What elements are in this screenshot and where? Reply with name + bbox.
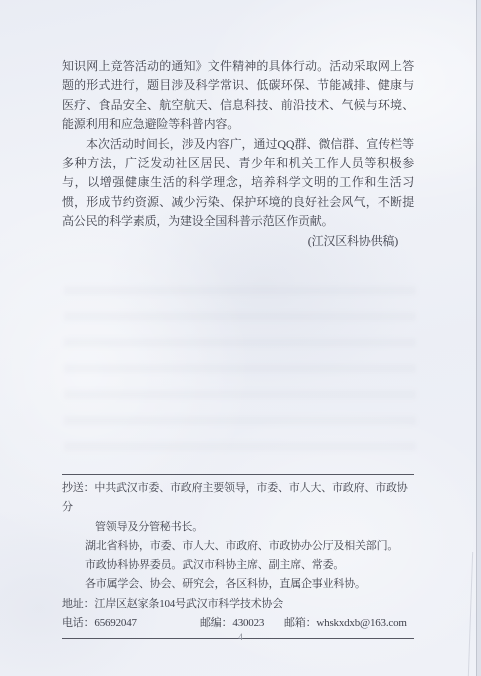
bottom-right-crease <box>468 552 473 676</box>
page-number: 4 <box>0 632 481 642</box>
copy-to-footer: 抄送：中共武汉市委、市政府主要领导，市委、市人大、市政府、市政协分 管领导及分管… <box>62 474 414 639</box>
copy-line: 各市属学会、协会、研究会，各区科协，直属企事业科协。 <box>62 575 414 594</box>
postcode-value: 430023 <box>232 617 264 629</box>
scan-edge-shade <box>477 0 481 676</box>
bleed-through-texture <box>64 286 416 458</box>
email-label: 邮箱： <box>284 617 316 629</box>
email-value: whskxdxb@163.com <box>316 617 406 629</box>
email-cell: 邮箱：whskxdxb@163.com <box>284 614 414 633</box>
postcode-label: 邮编： <box>200 617 232 629</box>
phone-value: 65692047 <box>94 617 136 629</box>
phone-cell: 电话：65692047 <box>62 614 200 633</box>
address-line: 地址：江岸区赵家条104号武汉市科学技术协会 <box>62 595 414 614</box>
contact-line: 电话：65692047 邮编：430023 邮箱：whskxdxb@163.co… <box>62 614 414 633</box>
scan-edge-line <box>476 0 477 676</box>
document-body: 知识网上竞答活动的通知》文件精神的具体行动。活动采取网上答题的形式进行，题目涉及… <box>62 57 414 251</box>
copy-line: 抄送：中共武汉市委、市政府主要领导，市委、市人大、市政府、市政协分 <box>62 479 414 518</box>
body-paragraph-2: 本次活动时间长，涉及内容广，通过QQ群、微信群、宣传栏等多种方法，广泛发动社区居… <box>62 135 414 232</box>
copy-line: 市政协科协界委员。武汉市科协主席、副主席、常委。 <box>62 556 414 575</box>
copy-line: 管领导及分管秘书长。 <box>62 518 414 537</box>
address-label: 地址： <box>62 598 94 610</box>
attribution-line: (江汉区科协供稿) <box>62 232 414 251</box>
address-value: 江岸区赵家条104号武汉市科学技术协会 <box>94 598 283 610</box>
phone-label: 电话： <box>62 617 94 629</box>
postcode-cell: 邮编：430023 <box>200 614 284 633</box>
body-paragraph-1: 知识网上竞答活动的通知》文件精神的具体行动。活动采取网上答题的形式进行，题目涉及… <box>62 57 414 135</box>
copy-line: 湖北省科协，市委、市人大、市政府、市政协办公厅及相关部门。 <box>62 537 414 556</box>
scanned-document-page: 知识网上竞答活动的通知》文件精神的具体行动。活动采取网上答题的形式进行，题目涉及… <box>0 0 481 676</box>
